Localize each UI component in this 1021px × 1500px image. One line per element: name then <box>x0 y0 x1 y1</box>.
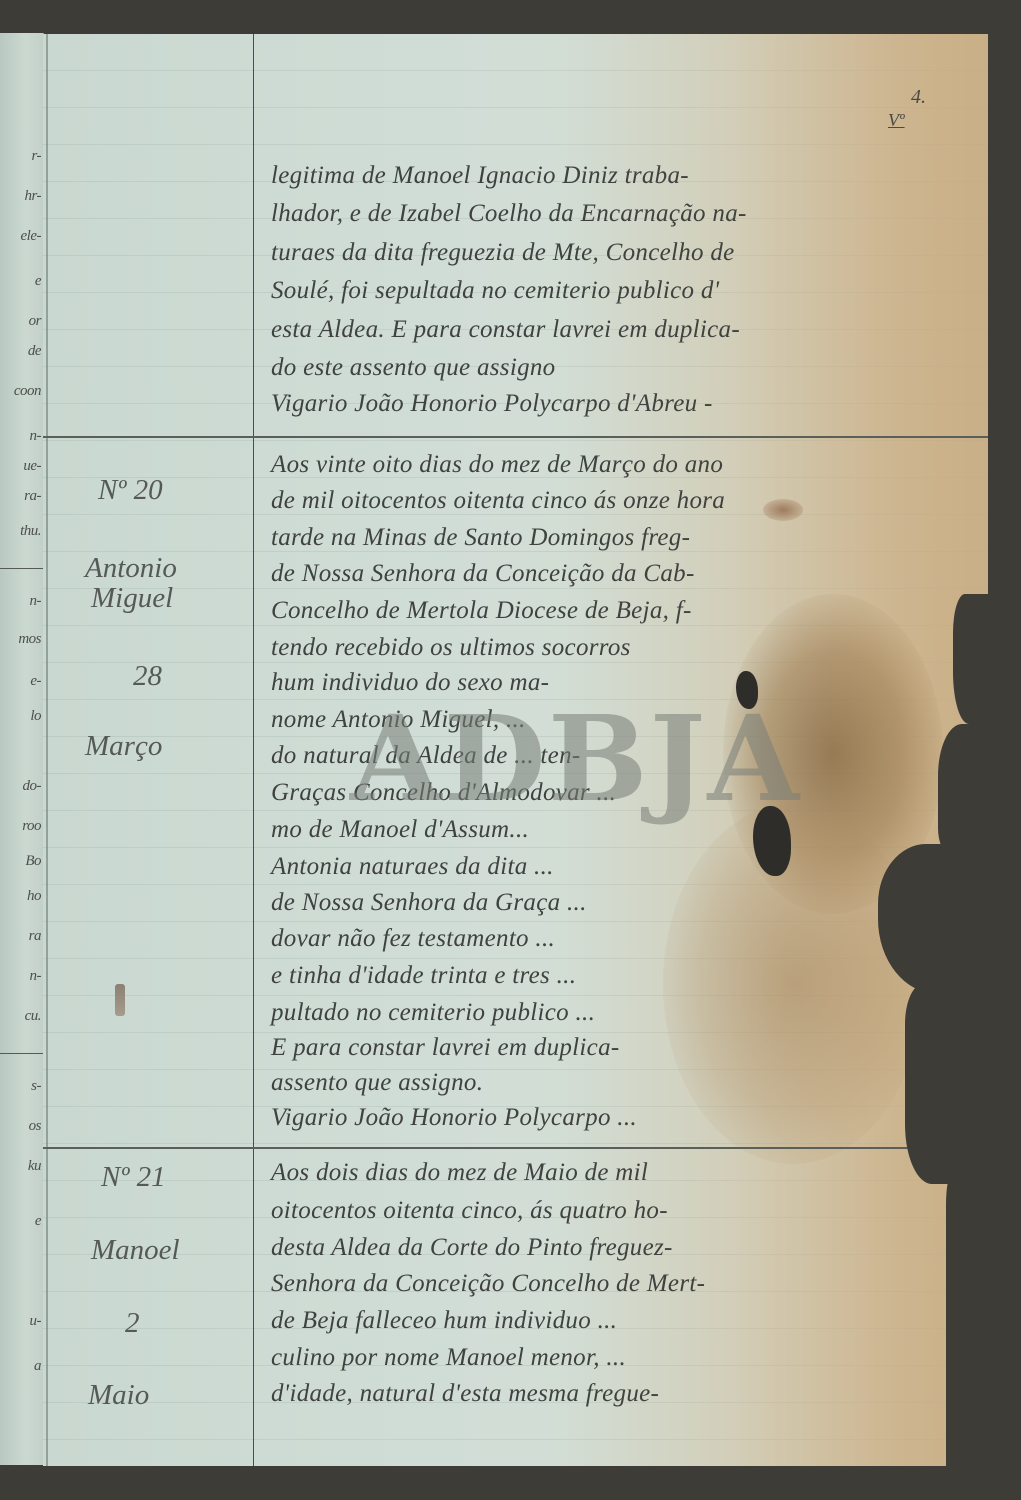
entry-text-line: mo de Manoel d'Assum... <box>271 816 529 844</box>
entry-text-line: de Beja falleceo hum individuo ... <box>271 1307 617 1335</box>
prev-page-fragment: cu. <box>25 1008 41 1025</box>
entry-text-line: Antonia naturaes da dita ... <box>271 853 554 881</box>
entry-text-line: d'idade, natural d'esta mesma fregue- <box>271 1380 659 1408</box>
prev-page-fragment: hr- <box>24 188 41 205</box>
binding-gutter <box>46 34 48 1466</box>
entry-text-line: dovar não fez testamento ... <box>271 925 555 953</box>
deceased-first-name: Manoel <box>91 1234 180 1267</box>
entry-text-line: e tinha d'idade trinta e tres ... <box>271 962 576 990</box>
deceased-second-name: Miguel <box>91 582 173 615</box>
entry-text-line: legitima de Manoel Ignacio Diniz traba- <box>271 162 689 190</box>
entry-number: Nº 20 <box>98 474 163 507</box>
entry-text-line: nome Antonio Miguel, ... <box>271 706 526 734</box>
prev-page-fragment: ku <box>28 1158 41 1175</box>
prev-page-fragment: mos <box>18 631 41 648</box>
prev-page-fragment: r- <box>31 148 41 165</box>
prev-page-fragment: os <box>29 1118 41 1135</box>
death-month: Março <box>85 730 162 763</box>
prev-page-fragment: Bo <box>25 853 41 870</box>
prev-page-fragment: s- <box>31 1078 41 1095</box>
entry-text-line: pultado no cemiterio publico ... <box>271 999 595 1027</box>
entry-number: Nº 21 <box>101 1161 166 1194</box>
entry-text-line: do natural da Aldea de ... ten- <box>271 742 581 770</box>
entry-text-line: de Nossa Senhora da Conceição da Cab- <box>271 560 695 588</box>
prev-page-rule <box>0 1053 43 1054</box>
burn-stain <box>663 804 923 1164</box>
entry-text-line: Graças Concelho d'Almodovar ... <box>271 779 616 807</box>
entry-text-line: esta Aldea. E para constar lavrei em dup… <box>271 316 740 344</box>
entry-text-line: hum individuo do sexo ma- <box>271 669 549 697</box>
prev-page-fragment: thu. <box>20 523 41 540</box>
folio-mark: Vº <box>888 110 905 131</box>
rust-mark <box>115 984 125 1016</box>
burn-hole <box>753 806 791 876</box>
death-day: 2 <box>125 1307 140 1340</box>
prev-page-fragment: u- <box>30 1313 42 1330</box>
prev-page-fragment: de <box>28 343 41 360</box>
death-month: Maio <box>88 1379 149 1412</box>
entry-text-line: do este assento que assigno <box>271 354 555 382</box>
prev-page-fragment: coon <box>14 383 41 400</box>
prev-page-fragment: e <box>35 273 41 290</box>
entry-text-line: de mil oitocentos oitenta cinco ás onze … <box>271 487 725 515</box>
torn-edge <box>953 594 988 724</box>
entry-text-line: Aos vinte oito dias do mez de Março do a… <box>271 451 723 479</box>
entry-text-line: lhador, e de Izabel Coelho da Encarnação… <box>271 200 747 228</box>
burn-hole <box>736 671 758 709</box>
entry-text-line: tarde na Minas de Santo Domingos freg- <box>271 524 690 552</box>
entry-text-line: Senhora da Conceição Concelho de Mert- <box>271 1270 705 1298</box>
torn-edge <box>946 1174 988 1466</box>
prev-page-fragment: n- <box>30 968 42 985</box>
entry-text-line: de Nossa Senhora da Graça ... <box>271 889 587 917</box>
scanned-register-page: r- hr- ele- e or de coon n- ue- ra- thu.… <box>0 0 1021 1500</box>
entry-text-line: tendo recebido os ultimos socorros <box>271 634 631 662</box>
prev-page-fragment: a <box>34 1358 41 1375</box>
entry-text-line: desta Aldea da Corte do Pinto freguez- <box>271 1234 673 1262</box>
signature-line: Vigario João Honorio Polycarpo ... <box>271 1104 637 1132</box>
register-page: 4. Vº legitima de Manoel Ignacio Diniz t… <box>43 34 988 1466</box>
entry-text-line: oitocentos oitenta cinco, ás quatro ho- <box>271 1197 668 1225</box>
signature-line: Vigario João Honorio Polycarpo d'Abreu - <box>271 390 713 418</box>
entry-text-line: Soulé, foi sepultada no cemiterio public… <box>271 277 719 305</box>
prev-page-fragment: roo <box>22 818 41 835</box>
page-number: 4. <box>911 86 926 109</box>
entry-text-line: assento que assigno. <box>271 1069 483 1097</box>
prev-page-fragment: ra- <box>24 488 41 505</box>
entry-text-line: culino por nome Manoel menor, ... <box>271 1344 626 1372</box>
prev-page-fragment: n- <box>30 428 42 445</box>
entry-divider <box>43 436 988 438</box>
prev-page-fragment: n- <box>30 593 42 610</box>
entry-text-line: turaes da dita freguezia de Mte, Concelh… <box>271 239 735 267</box>
torn-edge <box>905 984 988 1184</box>
prev-page-fragment: ho <box>27 888 41 905</box>
prev-page-fragment: ue- <box>23 458 41 475</box>
margin-column-divider <box>253 34 254 1466</box>
prev-page-fragment: e <box>35 1213 41 1230</box>
prev-page-fragment: do- <box>23 778 42 795</box>
prev-page-fragment: or <box>29 313 41 330</box>
torn-edge <box>878 844 988 994</box>
deceased-first-name: Antonio <box>85 552 177 585</box>
torn-edge <box>938 724 988 854</box>
prev-page-fragment: lo <box>30 708 41 725</box>
entry-text-line: Concelho de Mertola Diocese de Beja, f- <box>271 597 692 625</box>
death-day: 28 <box>133 660 162 693</box>
entry-divider <box>43 1147 988 1149</box>
ink-blot <box>763 499 803 521</box>
prev-page-fragment: ele- <box>21 228 41 245</box>
previous-page-edge: r- hr- ele- e or de coon n- ue- ra- thu.… <box>0 33 44 1465</box>
prev-page-fragment: e- <box>30 673 41 690</box>
entry-text-line: E para constar lavrei em duplica- <box>271 1034 620 1062</box>
prev-page-rule <box>0 568 43 569</box>
entry-text-line: Aos dois dias do mez de Maio de mil <box>271 1159 648 1187</box>
prev-page-fragment: ra <box>29 928 41 945</box>
